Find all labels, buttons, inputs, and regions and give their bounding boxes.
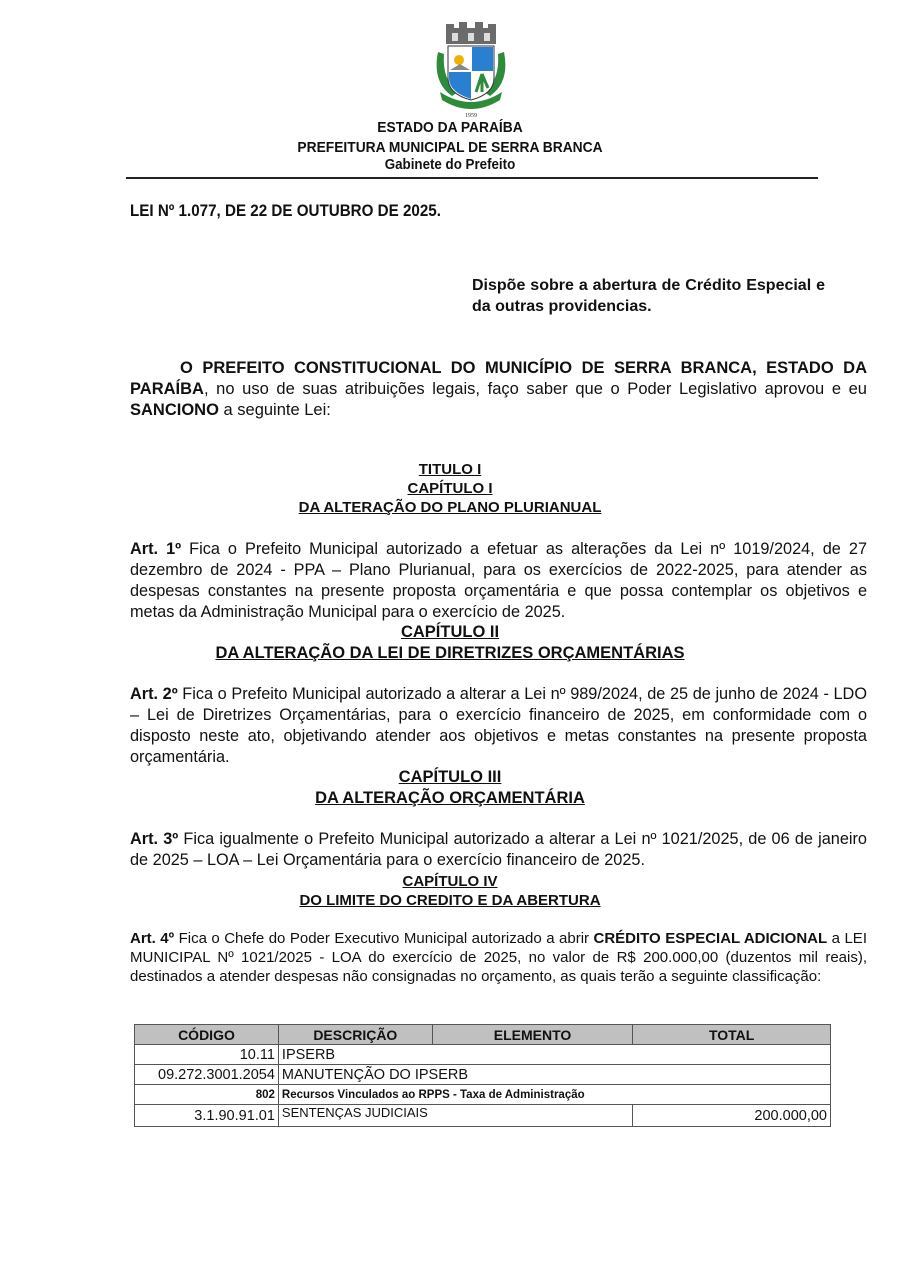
chapter-3-heading: CAPÍTULO III <box>0 767 900 788</box>
chapter-4-subheading: DO LIMITE DO CREDITO E DA ABERTURA <box>0 892 900 909</box>
column-header-code: CÓDIGO <box>135 1025 279 1045</box>
coat-of-arms-logo: 1959 <box>432 22 510 118</box>
chapter-2-heading: CAPÍTULO II <box>0 622 900 643</box>
description-cell: MANUTENÇÃO DO IPSERB <box>278 1065 830 1085</box>
svg-text:1959: 1959 <box>465 113 477 118</box>
office-name: Gabinete do Prefeito <box>36 157 864 173</box>
article-2: Art. 2º Fica o Prefeito Municipal autori… <box>130 684 867 768</box>
chapter-4-heading: CAPÍTULO IV <box>0 873 900 890</box>
table-row: 10.11 IPSERB <box>135 1045 831 1065</box>
table-row: 802 Recursos Vinculados ao RPPS - Taxa d… <box>135 1085 831 1105</box>
column-header-description: DESCRIÇÃO <box>278 1025 432 1045</box>
header-divider <box>126 177 818 179</box>
municipality-name: PREFEITURA MUNICIPAL DE SERRA BRANCA <box>36 139 864 156</box>
chapter-1-heading: CAPÍTULO I <box>0 480 900 497</box>
description-cell: SENTENÇAS JUDICIAIS <box>278 1105 632 1127</box>
law-title: LEI Nº 1.077, DE 22 DE OUTUBRO DE 2025. <box>130 202 441 221</box>
chapter-3-subheading: DA ALTERAÇÃO ORÇAMENTÁRIA <box>0 788 900 809</box>
article-3: Art. 3º Fica igualmente o Prefeito Munic… <box>130 829 867 871</box>
code-cell: 10.11 <box>135 1045 279 1065</box>
column-header-total: TOTAL <box>633 1025 831 1045</box>
table-row: 09.272.3001.2054 MANUTENÇÃO DO IPSERB <box>135 1065 831 1085</box>
description-cell: Recursos Vinculados ao RPPS - Taxa de Ad… <box>278 1085 830 1105</box>
total-cell: 200.000,00 <box>633 1105 831 1127</box>
code-cell: 3.1.90.91.01 <box>135 1105 279 1127</box>
law-summary: Dispõe sobre a abertura de Crédito Espec… <box>472 275 825 317</box>
chapter-2-subheading: DA ALTERAÇÃO DA LEI DE DIRETRIZES ORÇAME… <box>0 643 900 664</box>
preamble: O PREFEITO CONSTITUCIONAL DO MUNICÍPIO D… <box>130 358 867 421</box>
title-heading: TITULO I <box>0 461 900 478</box>
column-header-element: ELEMENTO <box>432 1025 633 1045</box>
code-cell: 802 <box>135 1085 279 1105</box>
code-cell: 09.272.3001.2054 <box>135 1065 279 1085</box>
article-1: Art. 1º Fica o Prefeito Municipal autori… <box>130 539 867 623</box>
table-header-row: CÓDIGO DESCRIÇÃO ELEMENTO TOTAL <box>135 1025 831 1045</box>
description-cell: IPSERB <box>278 1045 830 1065</box>
table-row: 3.1.90.91.01 SENTENÇAS JUDICIAIS 200.000… <box>135 1105 831 1127</box>
budget-classification-table: CÓDIGO DESCRIÇÃO ELEMENTO TOTAL 10.11 IP… <box>134 1024 831 1127</box>
chapter-1-subheading: DA ALTERAÇÃO DO PLANO PLURIANUAL <box>0 499 900 516</box>
state-name: ESTADO DA PARAÍBA <box>36 119 864 136</box>
article-4: Art. 4º Fica o Chefe do Poder Executivo … <box>130 929 867 986</box>
